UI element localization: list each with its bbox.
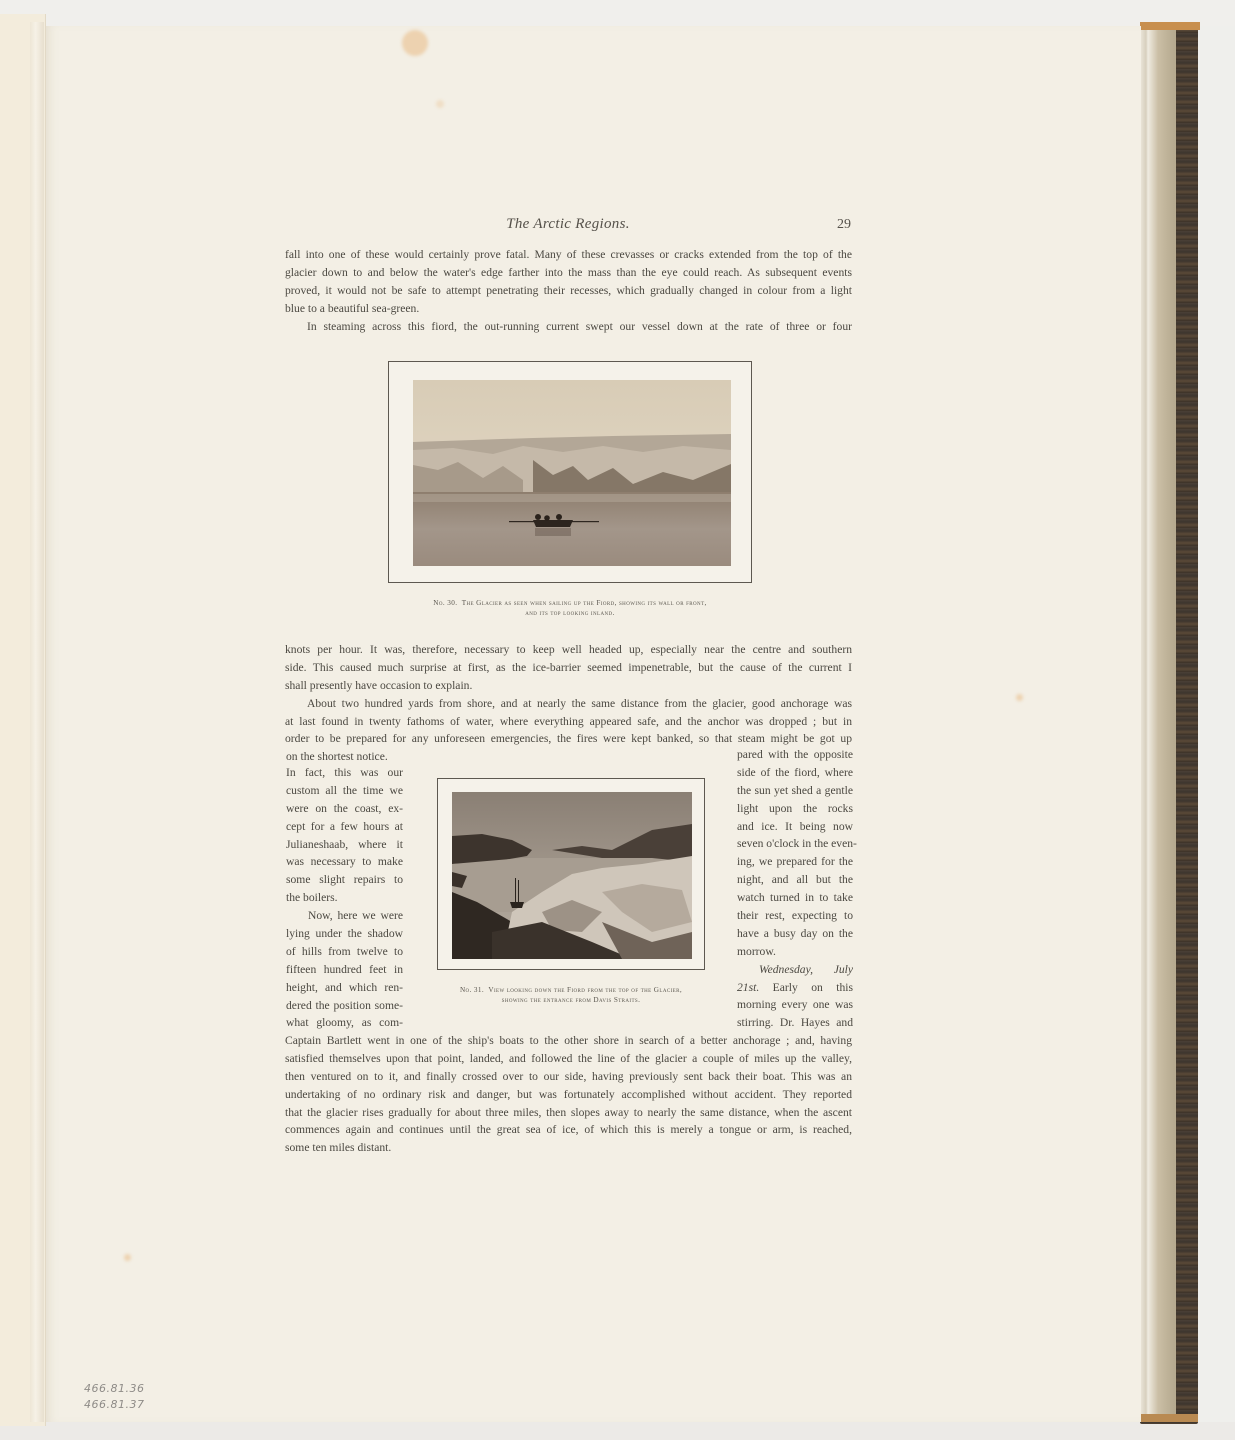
plate-31-number: No. 31.	[460, 986, 484, 994]
text-line: proved, it would not be safe to attempt …	[285, 282, 852, 300]
text-line: undertaking of no ordinary risk and dang…	[285, 1086, 852, 1104]
gutter-fold	[30, 22, 44, 1422]
running-head: The Arctic Regions. 29	[283, 216, 853, 238]
text-line: cept for a few hours at	[286, 818, 403, 836]
text-line: custom all the time we	[286, 782, 403, 800]
paragraph-current: knots per hour. It was, therefore, neces…	[285, 641, 852, 748]
text-line: Now, here we were	[286, 907, 403, 925]
accession-number: 466.81.36	[84, 1382, 144, 1395]
text-line: fifteen hundred feet in	[286, 961, 403, 979]
text-line: was necessary to make	[286, 853, 403, 871]
text-line: dered the position some-	[286, 997, 403, 1015]
right-text-column: pared with the opposite side of the fior…	[737, 746, 853, 1032]
text-line: of hills from twelve to	[286, 943, 403, 961]
text-line: what gloomy, as com-	[286, 1014, 403, 1032]
text-line: shall presently have occasion to explain…	[285, 677, 852, 695]
text-line: then ventured on to it, and finally cros…	[285, 1068, 852, 1086]
text-line: About two hundred yards from shore, and …	[285, 695, 852, 713]
text-line: In steaming across this fiord, the out-r…	[285, 318, 852, 336]
date-month: July	[834, 963, 853, 976]
left-text-column: In fact, this was our custom all the tim…	[286, 764, 403, 1032]
text-line: Captain Bartlett went in one of the ship…	[285, 1032, 852, 1050]
text-line: the sun yet shed a gentle	[737, 782, 853, 800]
text-line: side of the fiord, where	[737, 764, 853, 782]
text-line: Julianeshaab, where it	[286, 836, 403, 854]
text-line: watch turned in to take	[737, 889, 853, 907]
plate-31-caption-line2: showing the entrance from Davis Straits.	[437, 995, 705, 1005]
text-line: morning every one was	[737, 996, 853, 1014]
text-line: light upon the rocks	[737, 800, 853, 818]
text-line: satisfied themselves upon that point, la…	[285, 1050, 852, 1068]
accession-number: 466.81.37	[84, 1398, 144, 1411]
foxing-stain	[1016, 694, 1023, 701]
plate-30-number: No. 30.	[433, 599, 457, 607]
plate-31-caption: No. 31. View looking down the Fiord from…	[437, 985, 705, 1005]
text-line: glacier down to and below the water's ed…	[285, 264, 852, 282]
paragraph-expedition: Captain Bartlett went in one of the ship…	[285, 1032, 852, 1157]
date-line: Wednesday, July	[737, 961, 853, 979]
text-line: commences again and continues until the …	[285, 1121, 852, 1139]
page-number: 29	[837, 217, 851, 233]
text-line: lying under the shadow	[286, 925, 403, 943]
text-line: height, and which ren-	[286, 979, 403, 997]
text-line: and ice. It being now	[737, 818, 853, 836]
glacier-wall-photo	[413, 380, 731, 566]
text-line: knots per hour. It was, therefore, neces…	[285, 641, 852, 659]
scan-background-bottom	[0, 1422, 1235, 1440]
plate-30-caption-line2: and its top looking inland.	[388, 608, 752, 618]
fiord-view-photo	[452, 792, 692, 959]
foxing-stain	[402, 30, 428, 56]
plate-30-caption-line1: The Glacier as seen when sailing up the …	[462, 599, 707, 607]
text-line: some slight repairs to	[286, 871, 403, 889]
text-line: the boilers.	[286, 889, 403, 907]
text-line: In fact, this was our	[286, 764, 403, 782]
text-line: have a busy day on the	[737, 925, 853, 943]
plate-31-caption-line1: View looking down the Fiord from the top…	[488, 986, 682, 994]
text-line: blue to a beautiful sea-green.	[285, 300, 852, 318]
running-title: The Arctic Regions.	[283, 216, 853, 233]
text-line: were on the coast, ex-	[286, 800, 403, 818]
text-line: side. This caused much surprise at first…	[285, 659, 852, 677]
text-line: ing, we prepared for the	[737, 853, 853, 871]
text-line: morrow.	[737, 943, 853, 961]
text-line: some ten miles distant.	[285, 1139, 852, 1157]
text-line: pared with the opposite	[737, 746, 853, 764]
text-line: seven o'clock in the even-	[737, 835, 853, 853]
text-fragment: Early on this	[773, 981, 853, 994]
scan-background-top	[0, 0, 1235, 26]
date-weekday: Wednesday,	[759, 963, 813, 976]
date-day: 21st.	[737, 981, 759, 994]
paragraph-crevasses: fall into one of these would certainly p…	[285, 246, 852, 335]
date-line-2: 21st. Early on this	[737, 979, 853, 997]
plate-31-frame	[437, 778, 705, 970]
foxing-stain	[436, 100, 444, 108]
plate-30-caption: No. 30. The Glacier as seen when sailing…	[388, 598, 752, 618]
text-line: fall into one of these would certainly p…	[285, 246, 852, 264]
plate-30-frame	[388, 361, 752, 583]
text-line: that the glacier rises gradually for abo…	[285, 1104, 852, 1122]
text-line: their rest, expecting to	[737, 907, 853, 925]
text-line: at last found in twenty fathoms of water…	[285, 713, 852, 731]
text-line: night, and all but the	[737, 871, 853, 889]
cover-worn-corner-top	[1140, 22, 1200, 30]
foxing-stain	[124, 1254, 131, 1261]
text-line: stirring. Dr. Hayes and	[737, 1014, 853, 1032]
